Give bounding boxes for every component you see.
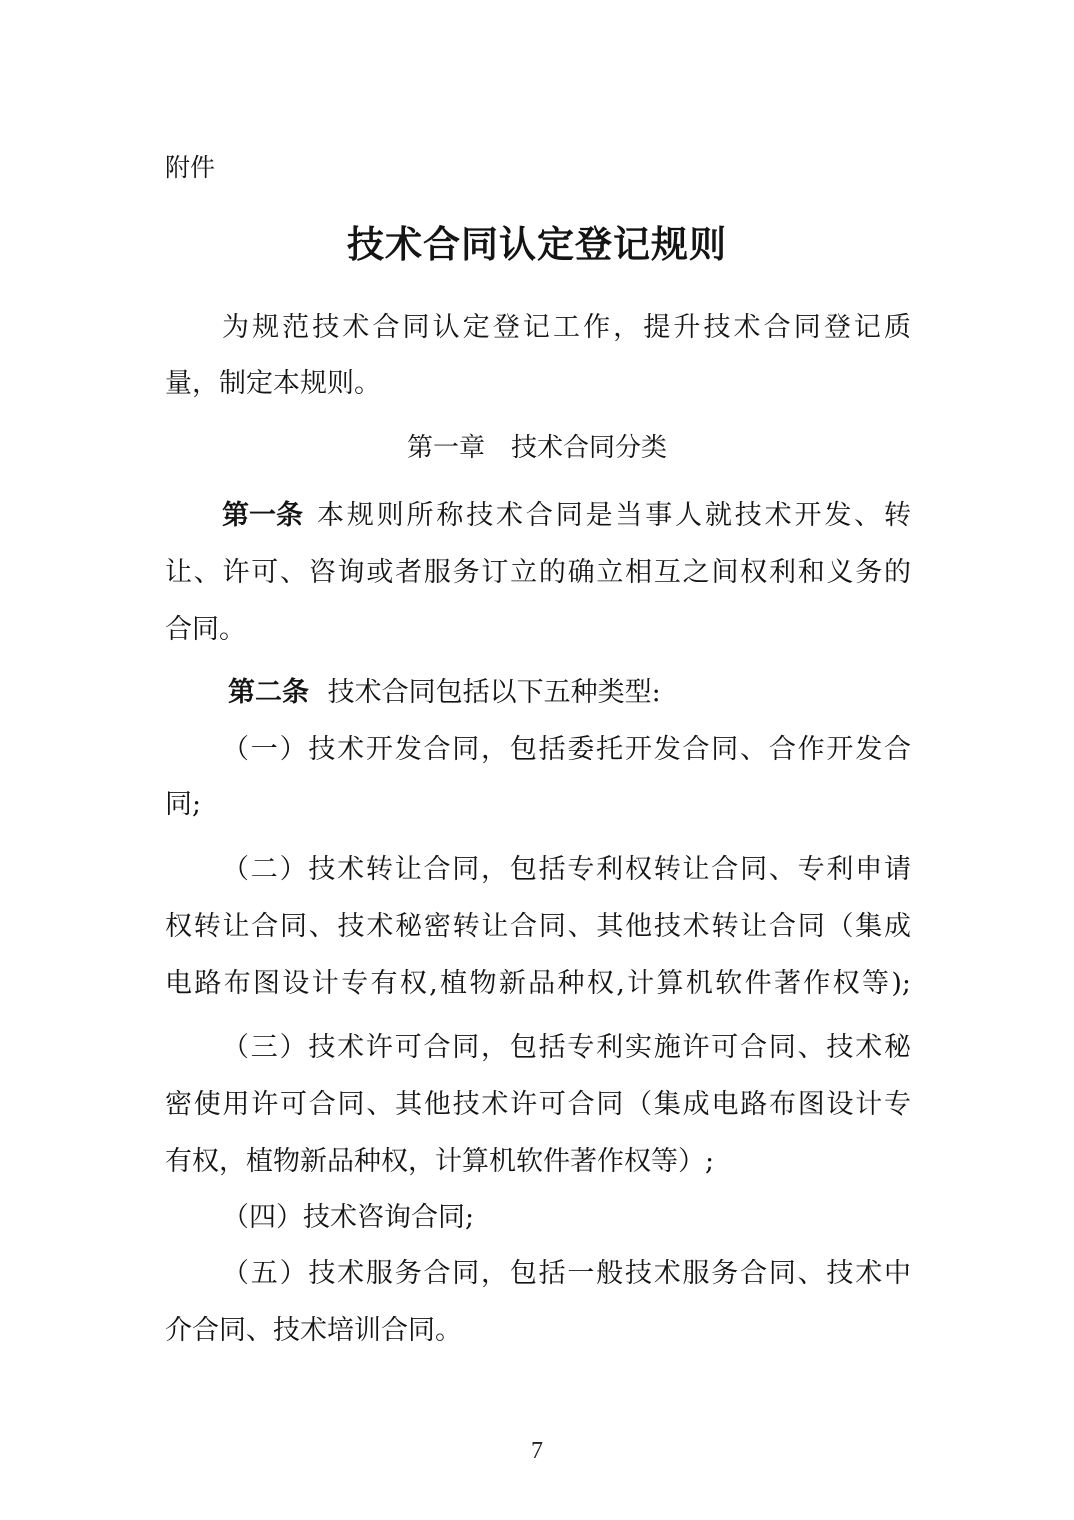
article-1-text-3: 合同。 — [165, 612, 246, 648]
article-1-text-2: 让、许可、咨询或者服务订立的确立相互之间权利和义务的 — [165, 555, 911, 591]
attachment-label: 附件 — [165, 150, 215, 186]
article-1-label: 第一条 — [222, 498, 303, 534]
item-4-line-1: （四）技术咨询合同; — [222, 1200, 474, 1236]
item-3-line-3: 有权，植物新品种权，计算机软件著作权等）; — [165, 1144, 714, 1180]
item-1-line-2: 同; — [165, 787, 201, 823]
document-title: 技术合同认定登记规则 — [0, 222, 1074, 268]
chapter-heading: 第一章 技术合同分类 — [0, 430, 1074, 466]
article-2-label: 第二条 — [228, 677, 309, 708]
item-3-line-2: 密使用许可合同、其他技术许可合同（集成电路布图设计专 — [165, 1087, 911, 1123]
item-3-line-1: （三）技术许可合同，包括专利实施许可合同、技术秘 — [222, 1030, 911, 1066]
document-page: 附件 技术合同认定登记规则 为规范技术合同认定登记工作，提升技术合同登记质 量，… — [0, 0, 1074, 1520]
article-2-first-line: 第二条 技术合同包括以下五种类型: — [228, 675, 661, 711]
item-2-line-1: （二）技术转让合同，包括专利权转让合同、专利申请 — [222, 852, 911, 888]
article-1-first-line: 第一条 本规则所称技术合同是当事人就技术开发、转 — [222, 498, 911, 534]
article-2-text-1: 技术合同包括以下五种类型: — [328, 677, 661, 708]
item-5-line-2: 介合同、技术培训合同。 — [165, 1313, 462, 1349]
page-number: 7 — [0, 1438, 1074, 1465]
article-1-text-1: 本规则所称技术合同是当事人就技术开发、转 — [317, 498, 911, 534]
item-5-line-1: （五）技术服务合同，包括一般技术服务合同、技术中 — [222, 1256, 911, 1292]
item-1-line-1: （一）技术开发合同，包括委托开发合同、合作开发合 — [222, 732, 911, 768]
item-2-line-2: 权转让合同、技术秘密转让合同、其他技术转让合同（集成 — [165, 909, 911, 945]
item-2-line-3: 电路布图设计专有权,植物新品种权,计算机软件著作权等); — [165, 966, 911, 1002]
intro-line-2: 量，制定本规则。 — [165, 366, 381, 402]
intro-line-1: 为规范技术合同认定登记工作，提升技术合同登记质 — [222, 310, 911, 346]
